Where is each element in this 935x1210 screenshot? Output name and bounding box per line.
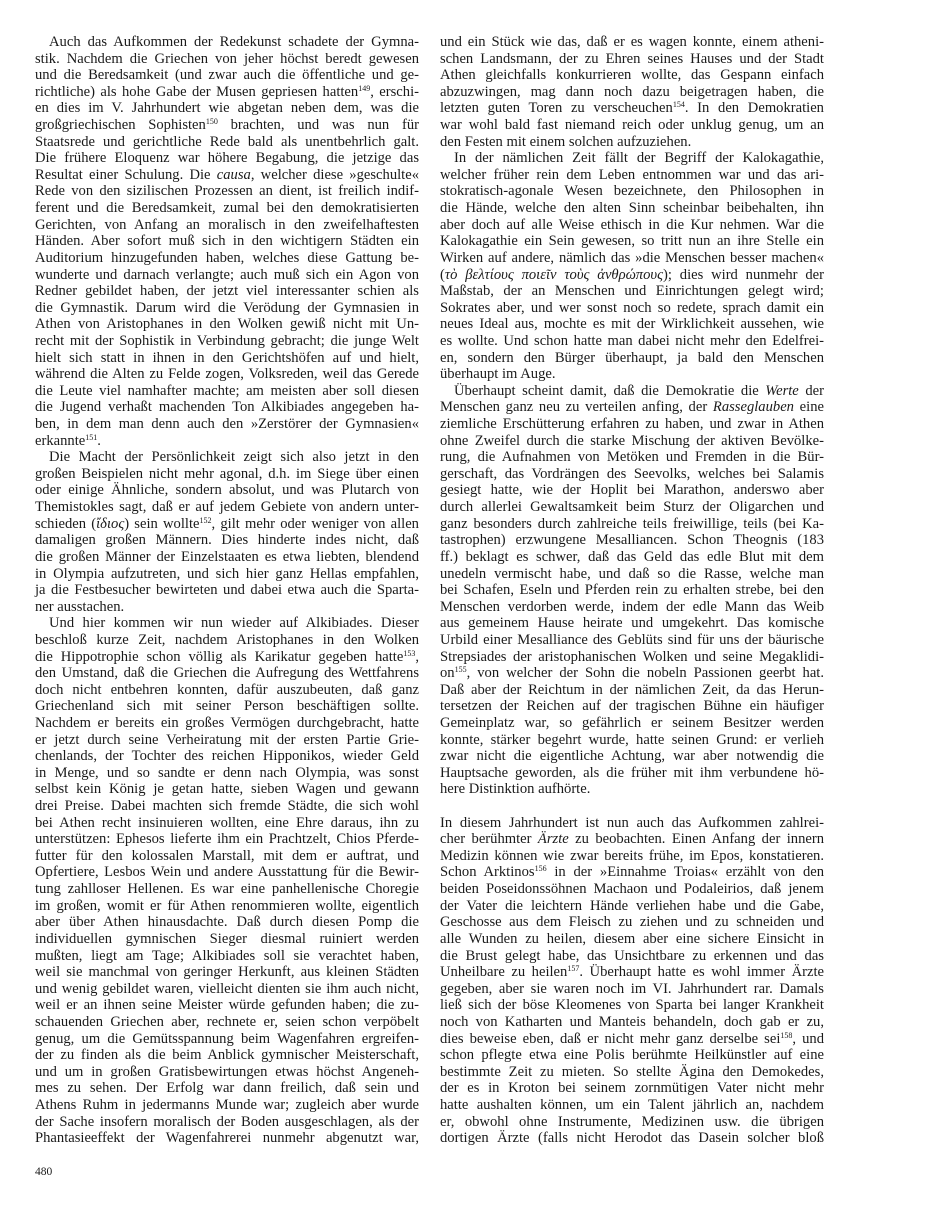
text-line: In diesem Jahrhundert ist nun auch das A… (440, 815, 824, 832)
line-text: hielt sich statt in ihnen in den Gericht… (35, 350, 419, 366)
line-text: Staatsrede und gerichtliche Rede bald al… (35, 134, 419, 150)
line-text: Auch das Aufkommen der Redekunst schadet… (49, 34, 419, 50)
line-text: Menschen ganz neu zu verteilen anfing, d… (440, 399, 713, 415)
text-line: großgriechischen Sophisten150 brachten, … (35, 117, 419, 134)
line-text: zwar nicht die eigentliche Achtung, war … (440, 748, 824, 764)
line-text: gegeben, aber sie waren noch im VI. Jahr… (440, 981, 824, 997)
line-text: oder einige Ähnliche, sondern absolut, u… (35, 482, 419, 498)
text-line: stokratisch-agonale Wesen bezeichnete, d… (440, 183, 824, 200)
line-text: Daß aber der Reichtum in der nämlichen Z… (440, 682, 824, 698)
line-text: überhaupt im Auge. (440, 366, 556, 382)
line-text: aus gemeinem Hause heirate und umgekehrt… (440, 615, 824, 631)
text-line: die Hände, welche den alten Sinn scheinb… (440, 200, 824, 217)
line-text: ohne Zweifel durch die starke Mischung d… (440, 433, 824, 449)
line-text: aber doch auf alle Weise ethisch in die … (440, 217, 824, 233)
footnote-reference[interactable]: 156 (535, 864, 547, 873)
text-line: Rede von den sizilischen Prozessen an di… (35, 183, 419, 200)
line-text: mes zu sehen. Der Erfolg war dann freili… (35, 1080, 419, 1096)
text-line: er jetzt durch seine Verheiratung mit de… (35, 732, 419, 749)
line-text: Händen. Aber sofort muß sich in den wich… (35, 233, 419, 249)
line-text: mußten, liegt am Tage; Alkibiades soll s… (35, 948, 419, 964)
text-line: ganz besonders durch zahlreiche teils fr… (440, 516, 824, 533)
line-text: abzuzwingen, mag dann noch dazu beigetra… (440, 84, 824, 100)
line-text: der Sache insofern moralisch der Boden a… (35, 1114, 419, 1130)
line-text: here Distinktion aufhörte. (440, 781, 590, 797)
line-text: die Hippotrophie schon völlig als Karika… (35, 649, 403, 665)
footnote-reference[interactable]: 157 (567, 964, 579, 973)
line-text: gesiegt hatte, wie der Hoplit bei Marath… (440, 482, 824, 498)
line-text: Rede von den sizilischen Prozessen an di… (35, 183, 419, 199)
text-line: ner ausstachen. (35, 599, 419, 616)
line-text: gerschaft, das Vordrängen des Seevolks, … (440, 466, 824, 482)
line-text: neues Ideal aus, mochte es mit der Wirkl… (440, 316, 824, 332)
text-line: ben, in dem man denn auch den »Zerstörer… (35, 416, 419, 433)
text-line: tersetzen der Reichen auf der tragischen… (440, 698, 824, 715)
text-line: unterstützen: Ephesos lieferte ihm ein P… (35, 831, 419, 848)
text-line: en dies im V. Jahrhundert wie abgetan ne… (35, 100, 419, 117)
line-text: Sokrates aber, und wer sonst noch so red… (440, 300, 824, 316)
line-text: die Brust gelegt habe, das Unsichtbare z… (440, 948, 824, 964)
text-line: mes zu sehen. Der Erfolg war dann freili… (35, 1080, 419, 1097)
text-line: chenlands, der Tochter des reichen Hippo… (35, 748, 419, 765)
text-line: Resultat einer Schulung. Die causa, welc… (35, 167, 419, 184)
text-line: neues Ideal aus, mochte es mit der Wirkl… (440, 316, 824, 333)
text-line: Händen. Aber sofort muß sich in den wich… (35, 233, 419, 250)
text-line: Sokrates aber, und wer sonst noch so red… (440, 300, 824, 317)
text-line: schon pflegte etwa eine Polis berühmte H… (440, 1047, 824, 1064)
text-line: tastrophen) erzwungene Mesalliancen. Sch… (440, 532, 824, 549)
text-line: bei Schafen, Eseln und Pferden rein zu e… (440, 582, 824, 599)
text-line: und um in großen Gratisbewirtungen etwas… (35, 1064, 419, 1081)
line-text: welcher früher rein dem Leben entnommen … (440, 167, 824, 183)
line-text: in Olympia aufzutreten, und sich hier ga… (35, 566, 419, 582)
text-line: Medizin können wie zwar bereits frühe, i… (440, 848, 824, 865)
line-text: es wollte. Und schon hatte man dabei nic… (440, 333, 824, 349)
text-line: aber über Athen hinausdachte. Daß durch … (35, 914, 419, 931)
text-line: en, sondern den Bürger überhaupt, ja bal… (440, 350, 824, 367)
footnote-reference[interactable]: 158 (780, 1031, 792, 1040)
line-text: Schon Arktinos (440, 864, 535, 880)
text-line: der es in Kroton bei seinem zornmütigen … (440, 1080, 824, 1097)
text-line: die Brust gelegt habe, das Unsichtbare z… (440, 948, 824, 965)
text-line: wunderte und darnach verlangte; auch muß… (35, 267, 419, 284)
text-line: cher berühmter Ärzte zu beobachten. Eine… (440, 831, 824, 848)
text-line: alle Wunden zu heilen, diesem aber eine … (440, 931, 824, 948)
book-page: Auch das Aufkommen der Redekunst schadet… (0, 0, 935, 1210)
line-text: bei Athen recht insinuieren wollten, ein… (35, 815, 419, 831)
text-line: Phantasieeffekt der Wagenfahrerei nunmeh… (35, 1130, 419, 1147)
line-text: futter für den kolossalen Marstall, mit … (35, 848, 419, 864)
text-line: aber doch auf alle Weise ethisch in die … (440, 217, 824, 234)
line-text: Opfertiere, Lesbos Wein und andere Ausst… (35, 864, 419, 880)
line-text: Urbild einer Mesalliance des Geblüts sin… (440, 632, 824, 648)
text-line: durch allerlei Gewaltsamkeit beim Sturz … (440, 499, 824, 516)
line-text: im großen, womit er für Athen renommiere… (35, 898, 419, 914)
text-line: in Menge, und so sandte er denn nach Oly… (35, 765, 419, 782)
emphasis-text: ἴδιος (96, 516, 124, 532)
line-text: Die frühere Eloquenz war höhere Begabung… (35, 150, 419, 166)
line-text: die Jugend verhaßt machenden Ton Alkibia… (35, 399, 419, 415)
text-line: die großen Männer der Einzelstaaten es e… (35, 549, 419, 566)
text-line: selbst kein König je getan hatte, sieben… (35, 781, 419, 798)
line-text: er, obwohl ohne Instrumente, Medizinen u… (440, 1114, 824, 1130)
text-line: rung, die Aufnahmen von Metöken und Frem… (440, 449, 824, 466)
line-text: , (415, 649, 419, 665)
text-line: tung zahlloser Hellenen. Es war eine pan… (35, 881, 419, 898)
line-text: Wirken auf andere, nämlich das »die Mens… (440, 250, 824, 266)
line-text: . Überhaupt hatte es wohl immer Ärzte (579, 964, 824, 980)
text-line: während die Alten zu Felde zogen, Volksr… (35, 366, 419, 383)
text-line: ziemliche Erschütterung erfahren zu habe… (440, 416, 824, 433)
text-line: doch nicht entbehren konnten, dafür ausz… (35, 682, 419, 699)
text-line: Menschen ganz neu zu verteilen anfing, d… (440, 399, 824, 416)
text-line: ff.) beklagt es schwer, daß das Geld das… (440, 549, 824, 566)
emphasis-text: Rasseglauben (713, 399, 794, 415)
text-line: erkannte151. (35, 433, 419, 450)
line-text: ferent und die Beredsamkeit, zumal bei d… (35, 200, 419, 216)
line-text: . In den Demokratien (685, 100, 824, 116)
line-text: schen Landsmann, der zu Ehren seines Hau… (440, 51, 824, 67)
line-text: in Menge, und so sandte er denn nach Oly… (35, 765, 419, 781)
text-line: Auditorium hinzugefunden haben, welches … (35, 250, 419, 267)
text-line: letzten guten Toren zu verscheuchen154. … (440, 100, 824, 117)
text-line: und ein Stück wie das, daß er es wagen k… (440, 34, 824, 51)
text-line: Gemeinplatz war, so gefährlich er seinem… (440, 715, 824, 732)
footnote-reference[interactable]: 155 (455, 665, 467, 674)
line-text: schauenden Griechen aber, rechnete er, s… (35, 1014, 419, 1030)
text-line: drei Preise. Dabei machten sich fremde S… (35, 798, 419, 815)
line-text: Maßstab, der an Menschen und Einrichtung… (440, 283, 824, 299)
line-text: , und (792, 1031, 824, 1047)
line-text: unedeln vermischt habe, und daß so die R… (440, 566, 824, 582)
line-text: wunderte und darnach verlangte; auch muß… (35, 267, 419, 283)
line-text: Hauptsache geworden, als die früher mit … (440, 765, 824, 781)
line-text: und ein Stück wie das, daß er es wagen k… (440, 34, 824, 50)
text-line: Griechenland sich mit seiner Person besc… (35, 698, 419, 715)
line-text: dies beweise eben, daß er nicht mehr gan… (440, 1031, 780, 1047)
line-text: ff.) beklagt es schwer, daß das Geld das… (440, 549, 824, 565)
text-line: Athen von Aristophanes in den Wolken gew… (35, 316, 419, 333)
text-line: schauenden Griechen aber, rechnete er, s… (35, 1014, 419, 1031)
line-text: den Festen mit einem solchen aufzuziehen… (440, 134, 691, 150)
text-line: Gerichten, von Anfang an moralisch in de… (35, 217, 419, 234)
text-line: Auch das Aufkommen der Redekunst schadet… (35, 34, 419, 51)
text-line: Opfertiere, Lesbos Wein und andere Ausst… (35, 864, 419, 881)
line-text: ja die Festbesucher bewirteten und dabei… (35, 582, 419, 598)
line-text: stokratisch-agonale Wesen bezeichnete, d… (440, 183, 824, 199)
line-text: bei Schafen, Eseln und Pferden rein zu e… (440, 582, 824, 598)
line-text: die Gymnastik. Darum wird die Verödung d… (35, 300, 419, 316)
text-line: welcher früher rein dem Leben entnommen … (440, 167, 824, 184)
text-line: die Leute viel namhafter machte; am meis… (35, 383, 419, 400)
text-line: Schon Arktinos156 in der »Einnahme Troia… (440, 864, 824, 881)
line-text: en dies im V. Jahrhundert wie abgetan ne… (35, 100, 419, 116)
text-line: schen Landsmann, der zu Ehren seines Hau… (440, 51, 824, 68)
text-line: Geschosse aus dem Fleisch zu ziehen und … (440, 914, 824, 931)
line-text: Athen gleichfalls konkurrieren wollte, d… (440, 67, 824, 83)
line-text: brachten, und was nun für (218, 117, 419, 133)
text-line (440, 798, 824, 815)
line-text: konnte, stärker begehrt wurde, hatte sei… (440, 732, 824, 748)
line-text: Athen von Aristophanes in den Wolken gew… (35, 316, 419, 332)
line-text: beiden Poseidonssöhnen Machaon und Podal… (440, 881, 824, 897)
text-line: ja die Festbesucher bewirteten und dabei… (35, 582, 419, 599)
line-text: Gemeinplatz war, so gefährlich er seinem… (440, 715, 824, 731)
line-text: großen Beispielen nicht mehr agonal, d.h… (35, 466, 419, 482)
line-text: , erschi- (370, 84, 419, 100)
line-text: noch von Katharten und Manteis behandeln… (440, 1014, 824, 1030)
emphasis-text: τὸ βελτίους ποιεῖν τοὺς ἀνθρώπους (445, 267, 663, 283)
line-text: Unheilbare zu heilen (440, 964, 567, 980)
line-text: ); dies wird nunmehr der (663, 267, 824, 283)
line-text: großgriechischen Sophisten (35, 117, 206, 133)
line-text: Strepsiades der aristophanischen Wolken … (440, 649, 824, 665)
text-line: war wohl bald fast niemand reich oder un… (440, 117, 824, 134)
text-line: richtliche) als hohe Gabe der Musen gepr… (35, 84, 419, 101)
text-line: und die Beredsamkeit (und zwar auch die … (35, 67, 419, 84)
line-text: schieden ( (35, 516, 96, 532)
text-line: schieden (ἴδιος) sein wollte152, gilt me… (35, 516, 419, 533)
line-text: den Umstand, daß die Griechen die Aufreg… (35, 665, 419, 681)
line-text: selbst kein König je getan hatte, sieben… (35, 781, 419, 797)
right-column: und ein Stück wie das, daß er es wagen k… (440, 34, 824, 1147)
text-line: Die Macht der Persönlichkeit zeigt sich … (35, 449, 419, 466)
line-text: Resultat einer Schulung. Die (35, 167, 217, 183)
text-line: gegeben, aber sie waren noch im VI. Jahr… (440, 981, 824, 998)
text-line: Daß aber der Reichtum in der nämlichen Z… (440, 682, 824, 699)
line-text: in der »Einnahme Troias« erzählt von den (547, 864, 824, 880)
text-line: bei Athen recht insinuieren wollten, ein… (35, 815, 419, 832)
line-text: , gilt mehr oder weniger von allen (212, 516, 419, 532)
left-column: Auch das Aufkommen der Redekunst schadet… (35, 34, 419, 1147)
text-line: stik. Nachdem die Griechen von jeher höc… (35, 51, 419, 68)
line-text: ziemliche Erschütterung erfahren zu habe… (440, 416, 824, 432)
line-text: tersetzen der Reichen auf der tragischen… (440, 698, 824, 714)
line-text: stik. Nachdem die Griechen von jeher höc… (35, 51, 419, 67)
line-text: , von welcher der Sohn die nobeln Passio… (467, 665, 824, 681)
text-line: hatte aushalten können, um ein Talent jä… (440, 1097, 824, 1114)
line-text: letzten guten Toren zu verscheuchen (440, 100, 673, 116)
text-line: Überhaupt scheint damit, daß die Demokra… (440, 383, 824, 400)
text-line: Athen gleichfalls konkurrieren wollte, d… (440, 67, 824, 84)
text-line: aus gemeinem Hause heirate und umgekehrt… (440, 615, 824, 632)
text-line: in Olympia aufzutreten, und sich hier ga… (35, 566, 419, 583)
text-line: es wollte. Und schon hatte man dabei nic… (440, 333, 824, 350)
line-text: genug, um die Gemütsspannung beim Wagenf… (35, 1031, 419, 1047)
line-text: beschloß kurze Zeit, nachdem Aristophane… (35, 632, 419, 648)
line-text: Überhaupt scheint damit, daß die Demokra… (454, 383, 765, 399)
line-text: recht mit der Sophistik in Verbindung ge… (35, 333, 419, 349)
line-text: und die Beredsamkeit (und zwar auch die … (35, 67, 419, 83)
line-text: war wohl bald fast niemand reich oder un… (440, 117, 824, 133)
footnote-reference[interactable]: 153 (403, 649, 415, 658)
text-line: Kalokagathie ein Sein gewesen, so tritt … (440, 233, 824, 250)
line-text: Athens Ruhm in jedermanns Munde war; zug… (35, 1097, 419, 1113)
line-text: Griechenland sich mit seiner Person besc… (35, 698, 419, 714)
line-text: damaligen großen Männern. Dies hinderte … (35, 532, 419, 548)
line-text: der zu finden als die beim Anblick gymni… (35, 1047, 419, 1063)
text-line: die Gymnastik. Darum wird die Verödung d… (35, 300, 419, 317)
line-text: drei Preise. Dabei machten sich fremde S… (35, 798, 419, 814)
text-line: er, obwohl ohne Instrumente, Medizinen u… (440, 1114, 824, 1131)
text-line: überhaupt im Auge. (440, 366, 824, 383)
text-line: Unheilbare zu heilen157. Überhaupt hatte… (440, 964, 824, 981)
line-text: on (440, 665, 455, 681)
line-text: unterstützen: Ephesos lieferte ihm ein P… (35, 831, 419, 847)
footnote-reference[interactable]: 150 (206, 117, 218, 126)
line-text: chenlands, der Tochter des reichen Hippo… (35, 748, 419, 764)
line-text: der es in Kroton bei seinem zornmütigen … (440, 1080, 824, 1096)
text-line: Maßstab, der an Menschen und Einrichtung… (440, 283, 824, 300)
line-text: Die Macht der Persönlichkeit zeigt sich … (49, 449, 419, 465)
line-text: Themistokles sagt, daß er auf jedem Gebi… (35, 499, 419, 515)
line-text: Geschosse aus dem Fleisch zu ziehen und … (440, 914, 824, 930)
text-line: der Vater die leichtern Hände verliehen … (440, 898, 824, 915)
text-line: damaligen großen Männern. Dies hinderte … (35, 532, 419, 549)
footnote-reference[interactable]: 151 (85, 433, 97, 442)
text-line: Hauptsache geworden, als die früher mit … (440, 765, 824, 782)
line-text: eine (794, 399, 824, 415)
footnote-reference[interactable]: 152 (200, 516, 212, 525)
text-line: der Sache insofern moralisch der Boden a… (35, 1114, 419, 1131)
line-text: In diesem Jahrhundert ist nun auch das A… (440, 815, 824, 831)
page-number: 480 (35, 1165, 52, 1179)
line-text: individuellen gymnischen Sieger diesmal … (35, 931, 419, 947)
text-line: weil er an ihnen seine Meister würde gef… (35, 997, 419, 1014)
line-text: rung, die Aufnahmen von Metöken und Frem… (440, 449, 824, 465)
text-line: on155, von welcher der Sohn die nobeln P… (440, 665, 824, 682)
line-text: en, sondern den Bürger überhaupt, ja bal… (440, 350, 824, 366)
text-line: mußten, liegt am Tage; Alkibiades soll s… (35, 948, 419, 965)
text-line: Nachdem er bereits ein großes Vermögen d… (35, 715, 419, 732)
text-line: Staatsrede und gerichtliche Rede bald al… (35, 134, 419, 151)
line-text: ) sein wollte (124, 516, 199, 532)
text-line: dies beweise eben, daß er nicht mehr gan… (440, 1031, 824, 1048)
line-text: Menschen verdorben werde, indem der edle… (440, 599, 824, 615)
text-line: weil sie manchmal von geringer Herkunft,… (35, 964, 419, 981)
line-text: der Vater die leichtern Hände verliehen … (440, 898, 824, 914)
line-text: der (799, 383, 824, 399)
line-text: alle Wunden zu heilen, diesem aber eine … (440, 931, 824, 947)
line-text: die großen Männer der Einzelstaaten es e… (35, 549, 419, 565)
text-line: recht mit der Sophistik in Verbindung ge… (35, 333, 419, 350)
text-line: unedeln vermischt habe, und daß so die R… (440, 566, 824, 583)
emphasis-text: Werte (765, 383, 799, 399)
line-text: tastrophen) erzwungene Mesalliancen. Sch… (440, 532, 824, 548)
line-text: Nachdem er bereits ein großes Vermögen d… (35, 715, 419, 731)
line-text: , welcher diese »geschulte« (251, 167, 419, 183)
text-line: gerschaft, das Vordrängen des Seevolks, … (440, 466, 824, 483)
line-text: . (97, 433, 101, 449)
line-text: aber über Athen hinausdachte. Daß durch … (35, 914, 419, 930)
line-text: und um in großen Gratisbewirtungen etwas… (35, 1064, 419, 1080)
text-line: ferent und die Beredsamkeit, zumal bei d… (35, 200, 419, 217)
line-text: tung zahlloser Hellenen. Es war eine pan… (35, 881, 419, 897)
text-line: ließ sich der böse Kleomenes von Sparta … (440, 997, 824, 1014)
emphasis-text: causa (217, 167, 251, 183)
text-line: hielt sich statt in ihnen in den Gericht… (35, 350, 419, 367)
line-text: Kalokagathie ein Sein gewesen, so tritt … (440, 233, 824, 249)
text-line: abzuzwingen, mag dann noch dazu beigetra… (440, 84, 824, 101)
text-line: die Jugend verhaßt machenden Ton Alkibia… (35, 399, 419, 416)
line-text: bestimmte Zeit zu mieten. So stellte Ägi… (440, 1064, 824, 1080)
footnote-reference[interactable]: 149 (358, 84, 370, 93)
line-text: richtliche) als hohe Gabe der Musen gepr… (35, 84, 358, 100)
text-line: Redner gebildet haben, der jetzt viel in… (35, 283, 419, 300)
line-text: weil er an ihnen seine Meister würde gef… (35, 997, 419, 1013)
line-text: Auditorium hinzugefunden haben, welches … (35, 250, 419, 266)
footnote-reference[interactable]: 154 (673, 100, 685, 109)
line-text: weil sie manchmal von geringer Herkunft,… (35, 964, 419, 980)
text-line: Und hier kommen wir nun wieder auf Alkib… (35, 615, 419, 632)
line-text: die Leute viel namhafter machte; am meis… (35, 383, 419, 399)
line-text: zu beobachten. Einen Anfang der innern (569, 831, 824, 847)
line-text: ließ sich der böse Kleomenes von Sparta … (440, 997, 824, 1013)
line-text: erkannte (35, 433, 85, 449)
text-line: zwar nicht die eigentliche Achtung, war … (440, 748, 824, 765)
text-line: here Distinktion aufhörte. (440, 781, 824, 798)
line-text: Phantasieeffekt der Wagenfahrerei nunmeh… (35, 1130, 419, 1146)
text-line: beschloß kurze Zeit, nachdem Aristophane… (35, 632, 419, 649)
text-line: konnte, stärker begehrt wurde, hatte sei… (440, 732, 824, 749)
emphasis-text: Ärzte (538, 831, 569, 847)
text-line: genug, um die Gemütsspannung beim Wagenf… (35, 1031, 419, 1048)
line-text: und wenig gebildet waren, vielleicht die… (35, 981, 419, 997)
line-text: Medizin können wie zwar bereits frühe, i… (440, 848, 824, 864)
text-line: im großen, womit er für Athen renommiere… (35, 898, 419, 915)
line-text: schon pflegte etwa eine Polis berühmte H… (440, 1047, 824, 1063)
text-line: futter für den kolossalen Marstall, mit … (35, 848, 419, 865)
text-line: individuellen gymnischen Sieger diesmal … (35, 931, 419, 948)
text-line: und wenig gebildet waren, vielleicht die… (35, 981, 419, 998)
line-text: hatte aushalten können, um ein Talent jä… (440, 1097, 824, 1113)
text-line: (τὸ βελτίους ποιεῖν τοὺς ἀνθρώπους); die… (440, 267, 824, 284)
text-line: Die frühere Eloquenz war höhere Begabung… (35, 150, 419, 167)
line-text: In der nämlichen Zeit fällt der Begriff … (454, 150, 824, 166)
text-line: oder einige Ähnliche, sondern absolut, u… (35, 482, 419, 499)
text-line: Themistokles sagt, daß er auf jedem Gebi… (35, 499, 419, 516)
text-line: den Umstand, daß die Griechen die Aufreg… (35, 665, 419, 682)
text-line: Strepsiades der aristophanischen Wolken … (440, 649, 824, 666)
line-text: doch nicht entbehren konnten, dafür ausz… (35, 682, 419, 698)
line-text: die Hände, welche den alten Sinn scheinb… (440, 200, 824, 216)
text-line: die Hippotrophie schon völlig als Karika… (35, 649, 419, 666)
text-line: Menschen verdorben werde, indem der edle… (440, 599, 824, 616)
text-line: Athens Ruhm in jedermanns Munde war; zug… (35, 1097, 419, 1114)
text-line: beiden Poseidonssöhnen Machaon und Podal… (440, 881, 824, 898)
text-line: gesiegt hatte, wie der Hoplit bei Marath… (440, 482, 824, 499)
text-line: den Festen mit einem solchen aufzuziehen… (440, 134, 824, 151)
line-text: cher berühmter (440, 831, 538, 847)
text-line: Urbild einer Mesalliance des Geblüts sin… (440, 632, 824, 649)
text-line: noch von Katharten und Manteis behandeln… (440, 1014, 824, 1031)
text-line: großen Beispielen nicht mehr agonal, d.h… (35, 466, 419, 483)
line-text: dortigen Ärzte (falls nicht Herodot das … (440, 1130, 824, 1146)
line-text: Und hier kommen wir nun wieder auf Alkib… (49, 615, 419, 631)
line-text: während die Alten zu Felde zogen, Volksr… (35, 366, 419, 382)
text-line: bestimmte Zeit zu mieten. So stellte Ägi… (440, 1064, 824, 1081)
line-text: durch allerlei Gewaltsamkeit beim Sturz … (440, 499, 824, 515)
text-line: ohne Zweifel durch die starke Mischung d… (440, 433, 824, 450)
text-line: Wirken auf andere, nämlich das »die Mens… (440, 250, 824, 267)
text-line: der zu finden als die beim Anblick gymni… (35, 1047, 419, 1064)
line-text: Redner gebildet haben, der jetzt viel in… (35, 283, 419, 299)
text-line: In der nämlichen Zeit fällt der Begriff … (440, 150, 824, 167)
line-text: ganz besonders durch zahlreiche teils fr… (440, 516, 824, 532)
line-text: ner ausstachen. (35, 599, 124, 615)
line-text: er jetzt durch seine Verheiratung mit de… (35, 732, 419, 748)
text-line: dortigen Ärzte (falls nicht Herodot das … (440, 1130, 824, 1147)
